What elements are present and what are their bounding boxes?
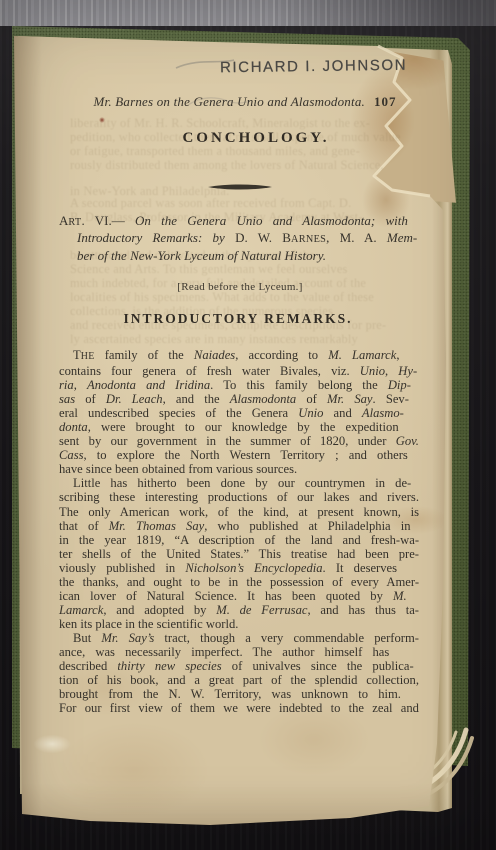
body-line: the thanks, and ought to be in the posse…: [59, 575, 419, 589]
body-line: in the year 1819, “A description of the …: [59, 533, 419, 547]
body-line: donta, were brought to our knowledge by …: [59, 420, 419, 434]
body-line: viously published in Nicholson’s Encyclo…: [59, 561, 419, 575]
body-line: For our first view of them we were indeb…: [59, 701, 419, 715]
swelled-rule-ornament: [58, 178, 422, 196]
page-content: RICHARD I. JOHNSON Mr. Barnes on the Gen…: [0, 0, 496, 850]
body-line: tion of his book, and a great part of th…: [59, 673, 419, 687]
running-header-title: Mr. Barnes on the Genera Unio and Alasmo…: [94, 94, 365, 109]
body-line: THE family of the Naiades, according to …: [59, 348, 419, 364]
read-note: [Read before the Lyceum.]: [58, 281, 422, 293]
body-paragraphs: THE family of the Naiades, according to …: [59, 348, 419, 715]
body-line: sas of Dr. Leach, and the Alasmodonta of…: [59, 392, 419, 406]
article-heading-line: ART. VI.— On the Genera Unio and Alasmod…: [59, 213, 419, 230]
body-line: scribing these interesting productions o…: [59, 490, 419, 504]
article-heading-line: Introductory Remarks: by D. W. BARNES, M…: [59, 230, 419, 247]
body-line: ter shells of the United States.” This t…: [59, 547, 419, 561]
body-line: ance, was necessarily imperfect. The aut…: [59, 645, 419, 659]
article-heading-line: ber of the New-York Lyceum of Natural Hi…: [59, 248, 419, 263]
body-line: brought from the N. W. Territory, was un…: [59, 687, 419, 701]
body-line: eral undescribed species of the Genera U…: [59, 406, 419, 420]
body-line: described thirty new species of univalve…: [59, 659, 419, 673]
body-line: have since been obtained from various so…: [59, 462, 419, 476]
body-line: Cass, to explore the North Western Terri…: [59, 448, 419, 462]
body-line: sent by our government in the summer of …: [59, 434, 419, 448]
section-title: CONCHOLOGY.: [58, 130, 454, 147]
body-line: ican lover of Natural Science. It has be…: [59, 589, 419, 603]
introductory-remarks-heading: INTRODUCTORY REMARKS.: [58, 311, 418, 327]
ownership-stamp: RICHARD I. JOHNSON: [220, 57, 407, 77]
page-number: 107: [374, 94, 397, 109]
book-photo: liberality of Mr. H. R. Schoolcraft, Min…: [0, 0, 496, 850]
body-line: ria, Anodonta and Iridina. To this famil…: [59, 378, 419, 392]
body-line: ken its place in the scientific world.: [59, 617, 419, 631]
running-header: Mr. Barnes on the Genera Unio and Alasmo…: [58, 94, 432, 110]
body-line: Little has hitherto been done by our cou…: [59, 476, 419, 490]
body-line: Lamarck, and adopted by M. de Ferrusac, …: [59, 603, 419, 617]
body-line: But Mr. Say’s tract, though a very comme…: [59, 631, 419, 645]
article-heading: ART. VI.— On the Genera Unio and Alasmod…: [59, 213, 419, 263]
body-line: contains four genera of fresh water Biva…: [59, 364, 419, 378]
body-line: that of Mr. Thomas Say, who published at…: [59, 519, 419, 533]
body-line: The only American work, of the kind, at …: [59, 505, 419, 519]
